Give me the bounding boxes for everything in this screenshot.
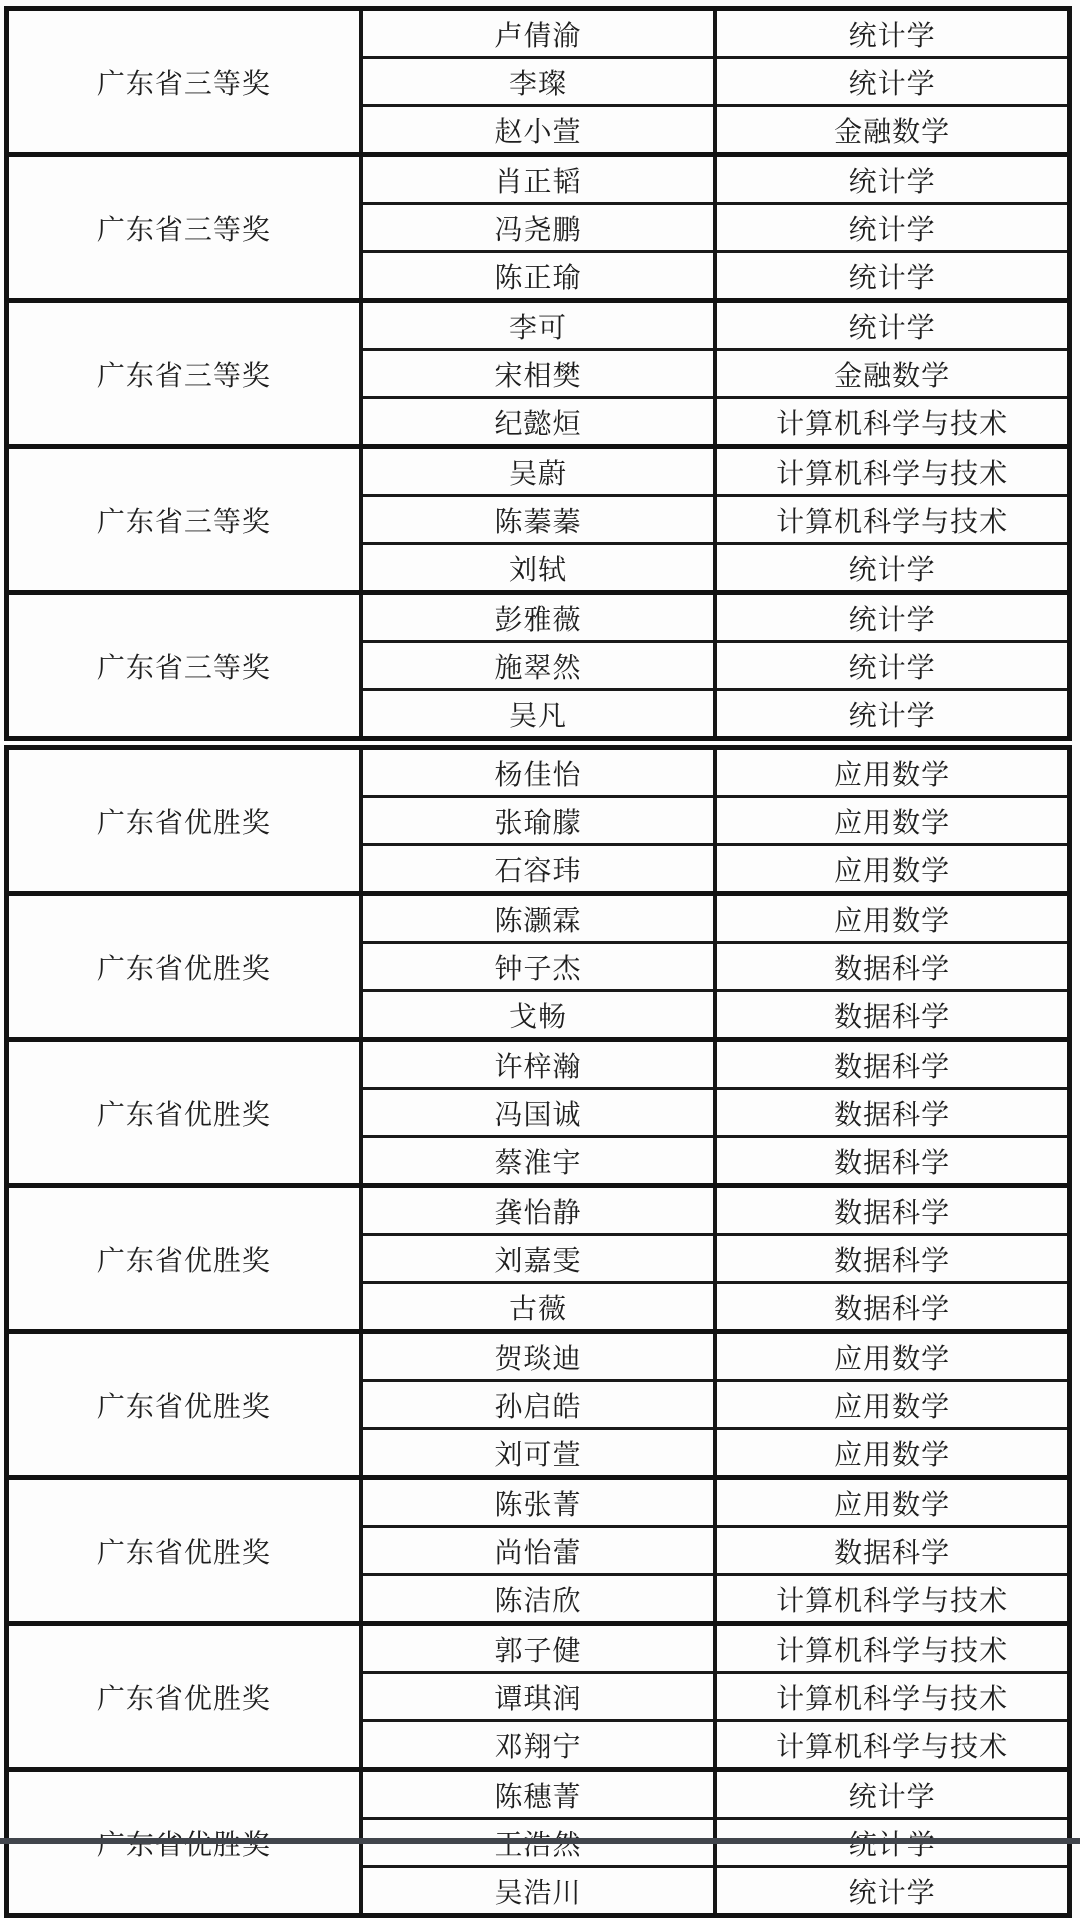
student-name-cell: 杨佳怡 [361, 748, 715, 797]
student-name-cell: 许梓瀚 [361, 1040, 715, 1089]
major-cell: 计算机科学与技术 [715, 1575, 1069, 1624]
award-cell: 广东省三等奖 [7, 593, 361, 739]
award-cell: 广东省三等奖 [7, 447, 361, 593]
major-cell: 数据科学 [715, 1283, 1069, 1332]
student-name-cell: 邓翔宁 [361, 1721, 715, 1770]
major-cell: 数据科学 [715, 1089, 1069, 1137]
major-cell: 统计学 [715, 204, 1069, 252]
student-name-cell: 石容玮 [361, 845, 715, 894]
major-cell: 数据科学 [715, 943, 1069, 991]
major-cell: 应用数学 [715, 1381, 1069, 1429]
page-bottom-edge [0, 1838, 1080, 1844]
student-name-cell: 钟子杰 [361, 943, 715, 991]
student-name-cell: 张瑜朦 [361, 797, 715, 845]
major-cell: 计算机科学与技术 [715, 1624, 1069, 1673]
award-cell: 广东省优胜奖 [7, 894, 361, 1040]
student-name-cell: 孙启皓 [361, 1381, 715, 1429]
table-row: 广东省优胜奖陈穗菁统计学 [7, 1770, 1070, 1819]
award-cell: 广东省优胜奖 [7, 748, 361, 894]
student-name-cell: 蔡淮宇 [361, 1137, 715, 1186]
student-name-cell: 吴浩川 [361, 1867, 715, 1916]
major-cell: 统计学 [715, 544, 1069, 593]
major-cell: 应用数学 [715, 845, 1069, 894]
major-cell: 计算机科学与技术 [715, 1673, 1069, 1721]
winner-prize-table-body: 广东省优胜奖杨佳怡应用数学张瑜朦应用数学石容玮应用数学广东省优胜奖陈灏霖应用数学… [7, 748, 1070, 1916]
major-cell: 应用数学 [715, 1478, 1069, 1527]
major-cell: 金融数学 [715, 106, 1069, 155]
student-name-cell: 刘轼 [361, 544, 715, 593]
major-cell: 计算机科学与技术 [715, 447, 1069, 496]
student-name-cell: 卢倩渝 [361, 9, 715, 58]
table-row: 广东省优胜奖陈张菁应用数学 [7, 1478, 1070, 1527]
major-cell: 应用数学 [715, 894, 1069, 943]
table-row: 广东省优胜奖郭子健计算机科学与技术 [7, 1624, 1070, 1673]
student-name-cell: 郭子健 [361, 1624, 715, 1673]
table-row: 广东省优胜奖龚怡静数据科学 [7, 1186, 1070, 1235]
third-prize-table-body: 广东省三等奖卢倩渝统计学李璨统计学赵小萱金融数学广东省三等奖肖正韬统计学冯尧鹏统… [7, 9, 1070, 739]
student-name-cell: 陈张菁 [361, 1478, 715, 1527]
major-cell: 统计学 [715, 1867, 1069, 1916]
student-name-cell: 陈穗菁 [361, 1770, 715, 1819]
major-cell: 计算机科学与技术 [715, 496, 1069, 544]
award-cell: 广东省优胜奖 [7, 1186, 361, 1332]
student-name-cell: 赵小萱 [361, 106, 715, 155]
major-cell: 统计学 [715, 155, 1069, 204]
award-cell: 广东省三等奖 [7, 155, 361, 301]
student-name-cell: 谭琪润 [361, 1673, 715, 1721]
student-name-cell: 彭雅薇 [361, 593, 715, 642]
student-name-cell: 古薇 [361, 1283, 715, 1332]
winner-prize-table: 广东省优胜奖杨佳怡应用数学张瑜朦应用数学石容玮应用数学广东省优胜奖陈灏霖应用数学… [4, 745, 1072, 1918]
award-cell: 广东省三等奖 [7, 9, 361, 155]
major-cell: 统计学 [715, 690, 1069, 739]
award-cell: 广东省优胜奖 [7, 1478, 361, 1624]
table-row: 广东省优胜奖陈灏霖应用数学 [7, 894, 1070, 943]
table-row: 广东省三等奖李可统计学 [7, 301, 1070, 350]
major-cell: 统计学 [715, 1770, 1069, 1819]
student-name-cell: 贺琰迪 [361, 1332, 715, 1381]
major-cell: 数据科学 [715, 1040, 1069, 1089]
student-name-cell: 龚怡静 [361, 1186, 715, 1235]
major-cell: 数据科学 [715, 1527, 1069, 1575]
major-cell: 应用数学 [715, 1429, 1069, 1478]
award-cell: 广东省优胜奖 [7, 1040, 361, 1186]
major-cell: 计算机科学与技术 [715, 398, 1069, 447]
award-cell: 广东省优胜奖 [7, 1624, 361, 1770]
table-row: 广东省优胜奖贺琰迪应用数学 [7, 1332, 1070, 1381]
major-cell: 统计学 [715, 58, 1069, 106]
major-cell: 统计学 [715, 642, 1069, 690]
major-cell: 应用数学 [715, 1332, 1069, 1381]
student-name-cell: 李可 [361, 301, 715, 350]
student-name-cell: 施翠然 [361, 642, 715, 690]
table-row: 广东省优胜奖许梓瀚数据科学 [7, 1040, 1070, 1089]
student-name-cell: 冯尧鹏 [361, 204, 715, 252]
student-name-cell: 戈畅 [361, 991, 715, 1040]
major-cell: 数据科学 [715, 1137, 1069, 1186]
major-cell: 统计学 [715, 9, 1069, 58]
major-cell: 应用数学 [715, 797, 1069, 845]
table-row: 广东省三等奖吴蔚计算机科学与技术 [7, 447, 1070, 496]
major-cell: 统计学 [715, 252, 1069, 301]
major-cell: 数据科学 [715, 1235, 1069, 1283]
table-row: 广东省优胜奖杨佳怡应用数学 [7, 748, 1070, 797]
third-prize-table: 广东省三等奖卢倩渝统计学李璨统计学赵小萱金融数学广东省三等奖肖正韬统计学冯尧鹏统… [4, 6, 1072, 741]
table-row: 广东省三等奖卢倩渝统计学 [7, 9, 1070, 58]
student-name-cell: 纪懿烜 [361, 398, 715, 447]
award-cell: 广东省优胜奖 [7, 1332, 361, 1478]
major-cell: 数据科学 [715, 991, 1069, 1040]
student-name-cell: 陈洁欣 [361, 1575, 715, 1624]
student-name-cell: 陈正瑜 [361, 252, 715, 301]
major-cell: 统计学 [715, 301, 1069, 350]
student-name-cell: 陈蓁蓁 [361, 496, 715, 544]
major-cell: 应用数学 [715, 748, 1069, 797]
student-name-cell: 陈灏霖 [361, 894, 715, 943]
major-cell: 统计学 [715, 593, 1069, 642]
student-name-cell: 刘嘉雯 [361, 1235, 715, 1283]
major-cell: 金融数学 [715, 350, 1069, 398]
student-name-cell: 肖正韬 [361, 155, 715, 204]
student-name-cell: 刘可萱 [361, 1429, 715, 1478]
award-cell: 广东省三等奖 [7, 301, 361, 447]
table-row: 广东省三等奖彭雅薇统计学 [7, 593, 1070, 642]
major-cell: 计算机科学与技术 [715, 1721, 1069, 1770]
student-name-cell: 尚怡蕾 [361, 1527, 715, 1575]
student-name-cell: 李璨 [361, 58, 715, 106]
student-name-cell: 吴凡 [361, 690, 715, 739]
student-name-cell: 吴蔚 [361, 447, 715, 496]
student-name-cell: 冯国诚 [361, 1089, 715, 1137]
student-name-cell: 宋相樊 [361, 350, 715, 398]
major-cell: 数据科学 [715, 1186, 1069, 1235]
table-row: 广东省三等奖肖正韬统计学 [7, 155, 1070, 204]
